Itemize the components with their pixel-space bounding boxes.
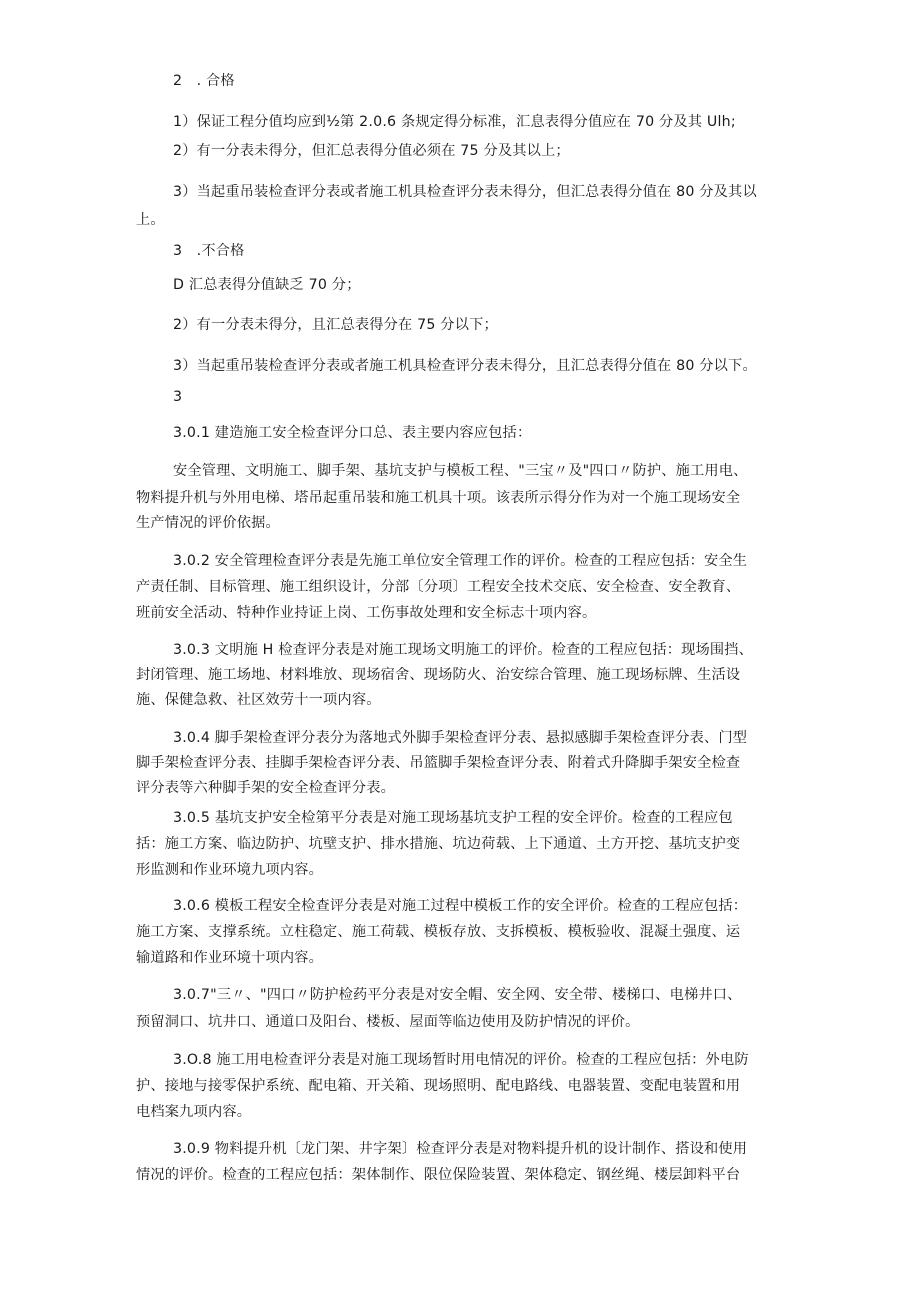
fail-criterion-3: 3）当起重吊装检查评分表或者施工机具检查评分表未得分，且汇总表得分值在 80 分… bbox=[173, 356, 757, 376]
chapter-number: 3 bbox=[173, 387, 182, 407]
para-308-line-3: 电档案九项内容。 bbox=[136, 1102, 251, 1122]
para-303-line-1: 3.0.3 文明施 H 检查评分表是对施工现场文明施工的评价。检查的工程应包括：… bbox=[173, 640, 753, 660]
para-304-line-3: 评分表等六种脚手架的安全检查评分表。 bbox=[136, 778, 395, 798]
para-302-line-1: 3.0.2 安全管理检查评分表是先施工单位安全管理工作的评价。检查的工程应包括：… bbox=[173, 551, 747, 571]
fail-criterion-2: 2）有一分表未得分，且汇总表得分在 75 分以下； bbox=[173, 315, 498, 335]
para-305-line-2: 括：施工方案、临边防护、坑壁支护、排水措施、坑边荷载、上下通道、土方开挖、基坑支… bbox=[136, 834, 740, 854]
para-304-line-1: 3.0.4 脚手架检查评分表分为落地式外脚手架检查评分表、悬拟感脚手架检查评分表… bbox=[173, 728, 747, 748]
para-301-line-1: 安全管理、文明施工、脚手架、基坑支护与模板工程、"三宝〃及"四口〃防护、施工用电… bbox=[173, 461, 748, 481]
para-301-line-2: 物料提升机与外用电梯、塔吊起重吊装和施工机具十项。该表所示得分作为对一个施工现场… bbox=[136, 488, 740, 508]
para-306-line-2: 施工方案、支撑系统。立柱稳定、施工荷载、模板存放、支拆模板、模板验收、混凝土强度… bbox=[136, 922, 740, 942]
para-309-line-2: 情况的评价。检查的工程应包括：架体制作、限位保险装置、架体稳定、钢丝绳、楼层卸料… bbox=[136, 1165, 740, 1185]
pass-criterion-3-cont: 上。 bbox=[136, 210, 165, 230]
para-309-line-1: 3.0.9 物料提升机〔龙门架、井字架〕检查评分表是对物料提升机的设计制作、搭设… bbox=[173, 1139, 747, 1159]
clause-3-0-1-title: 3.0.1 建造施工安全检查评分口总、表主要内容应包括： bbox=[173, 423, 531, 443]
para-302-line-2: 产责任制、目标管理、施工组织设计，分部〔分项〕工程安全技术交底、安全检查、安全教… bbox=[136, 577, 740, 597]
para-305-line-1: 3.0.5 基坑支护安全检第平分表是对施工现场基坑支护工程的安全评价。检查的工程… bbox=[173, 808, 733, 828]
para-308-line-2: 护、接地与接零保护系统、配电箱、开关箱、现场照明、配电路线、电器装置、变配电装置… bbox=[136, 1076, 740, 1096]
para-303-line-3: 施、保健急救、社区效劳十一项内容。 bbox=[136, 690, 381, 710]
section-heading-fail: 3 .不合格 bbox=[173, 241, 245, 261]
pass-criterion-3: 3）当起重吊装检查评分表或者施工机具检查评分表未得分，但汇总表得分值在 80 分… bbox=[173, 182, 757, 202]
para-302-line-3: 班前安全活动、特种作业持证上岗、工伤事故处理和安全标志十项内容。 bbox=[136, 603, 596, 623]
para-306-line-1: 3.0.6 模板工程安全检查评分表是对施工过程中模板工作的安全评价。检查的工程应… bbox=[173, 896, 747, 916]
pass-criterion-2: 2）有一分表未得分，但汇总表得分值必须在 75 分及其以上； bbox=[173, 141, 570, 161]
para-306-line-3: 输道路和作业环境十项内容。 bbox=[136, 948, 323, 968]
fail-criterion-1: D 汇总表得分值缺乏 70 分； bbox=[173, 275, 361, 295]
document-page: 2 . 合格 1）保证工程分值均应到½第 2.0.6 条规定得分标准，汇息表得分… bbox=[0, 0, 920, 1301]
section-heading-pass: 2 . 合格 bbox=[173, 71, 235, 91]
pass-criterion-1: 1）保证工程分值均应到½第 2.0.6 条规定得分标准，汇息表得分值应在 70 … bbox=[173, 112, 736, 132]
para-307-line-1: 3.0.7"三〃、"四口〃防护检药平分表是对安全帽、安全网、安全带、楼梯口、电梯… bbox=[173, 985, 742, 1005]
para-308-line-1: 3.O.8 施工用电检查评分表是对施工现场暂时用电情况的评价。检查的工程应包括：… bbox=[173, 1050, 749, 1070]
para-301-line-3: 生产情况的评价依据。 bbox=[136, 513, 280, 533]
para-303-line-2: 封闭管理、施工场地、材料堆放、现场宿舍、现场防火、治安综合管理、施工现场标牌、生… bbox=[136, 665, 740, 685]
para-305-line-3: 形监测和作业环境九项内容。 bbox=[136, 860, 323, 880]
para-304-line-2: 脚手架检查评分表、挂脚手架检杳评分表、吊篮脚手架检查评分表、附着式升降脚手架安全… bbox=[136, 753, 740, 773]
para-307-line-2: 预留洞口、坑井口、通道口及阳台、楼板、屋面等临边使用及防护情况的评价。 bbox=[136, 1012, 640, 1032]
